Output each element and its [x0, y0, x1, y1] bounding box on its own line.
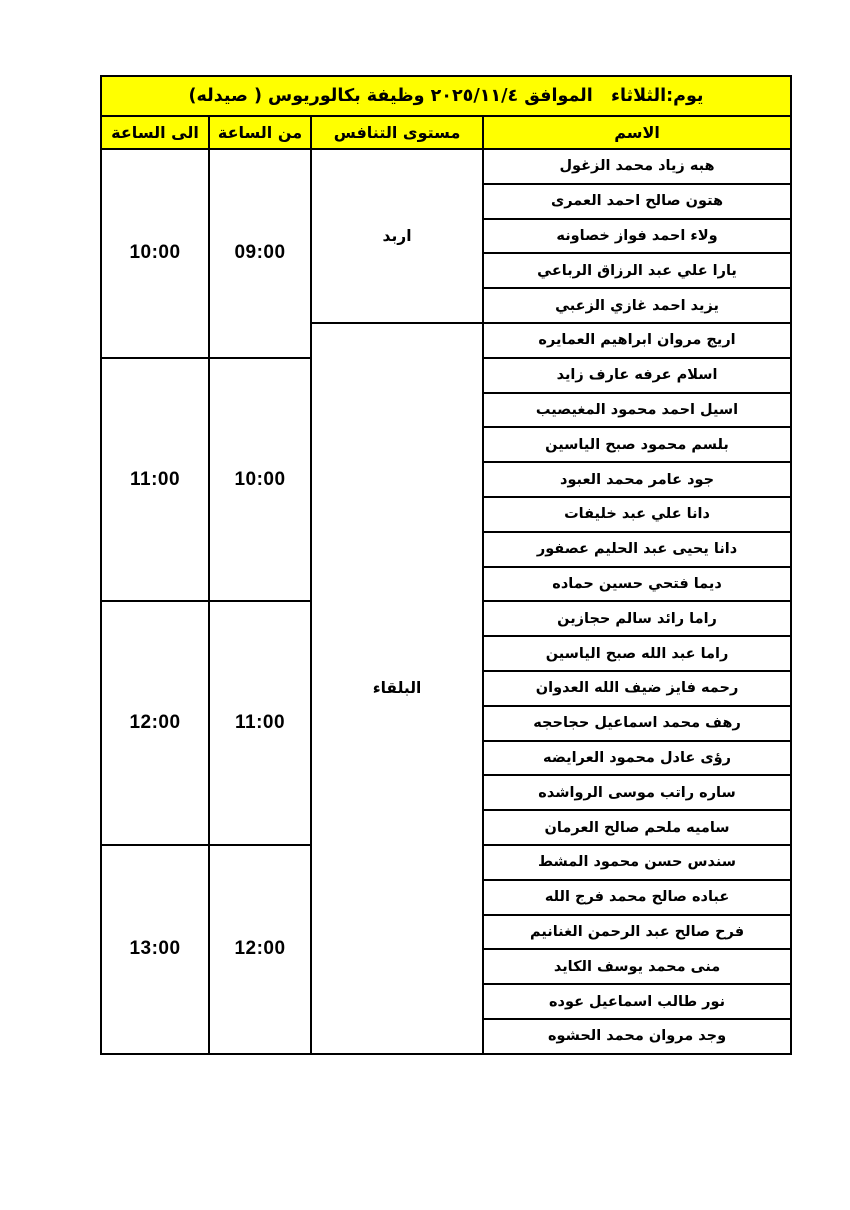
- applicant-name-cell: راما رائد سالم حجازين: [483, 601, 791, 636]
- applicant-name-cell: رحمه فايز ضيف الله العدوان: [483, 671, 791, 706]
- applicant-name-cell: فرح صالح عبد الرحمن الغنانيم: [483, 915, 791, 950]
- schedule-sheet: يوم:الثلاثاء الموافق ٢٠٢٥/١١/٤ وظيفة بكا…: [100, 75, 790, 1055]
- from-hour-cell: 11:00: [209, 601, 311, 845]
- applicant-name-cell: نور طالب اسماعيل عوده: [483, 984, 791, 1019]
- applicant-name-cell: يارا علي عبد الرزاق الرباعي: [483, 253, 791, 288]
- applicant-name-cell: رهف محمد اسماعيل حجاحجه: [483, 706, 791, 741]
- applicant-name-cell: جود عامر محمد العبود: [483, 462, 791, 497]
- applicant-name-cell: وجد مروان محمد الحشوه: [483, 1019, 791, 1054]
- applicant-name-cell: اريج مروان ابراهيم العمايره: [483, 323, 791, 358]
- from-hour-cell: 10:00: [209, 358, 311, 602]
- from-hour-cell: 09:00: [209, 149, 311, 358]
- applicant-name-cell: ولاء احمد فواز خصاونه: [483, 219, 791, 254]
- column-header-name: الاسم: [483, 116, 791, 149]
- to-hour-cell: 12:00: [101, 601, 209, 845]
- to-hour-cell: 11:00: [101, 358, 209, 602]
- applicant-name-cell: هبه زياد محمد الزغول: [483, 149, 791, 184]
- column-header-to-hour: الى الساعة: [101, 116, 209, 149]
- column-header-from-hour: من الساعة: [209, 116, 311, 149]
- column-header-row: الاسم مستوى التنافس من الساعة الى الساعة: [101, 116, 791, 149]
- applicant-name-cell: رؤى عادل محمود العرايضه: [483, 741, 791, 776]
- table-row: هبه زياد محمد الزغولاربد09:0010:00: [101, 149, 791, 184]
- to-hour-cell: 10:00: [101, 149, 209, 358]
- applicant-name-cell: ديما فتحي حسين حماده: [483, 567, 791, 602]
- applicant-name-cell: سندس حسن محمود المشط: [483, 845, 791, 880]
- applicant-name-cell: بلسم محمود صبح الياسين: [483, 427, 791, 462]
- applicant-name-cell: عباده صالح محمد فرج الله: [483, 880, 791, 915]
- applicant-name-cell: يزيد احمد غازي الزعبي: [483, 288, 791, 323]
- schedule-table: يوم:الثلاثاء الموافق ٢٠٢٥/١١/٤ وظيفة بكا…: [100, 75, 792, 1055]
- applicant-name-cell: هتون صالح احمد العمرى: [483, 184, 791, 219]
- to-hour-cell: 13:00: [101, 845, 209, 1054]
- applicant-name-cell: منى محمد يوسف الكايد: [483, 949, 791, 984]
- applicant-name-cell: دانا يحيى عبد الحليم عصفور: [483, 532, 791, 567]
- title-row: يوم:الثلاثاء الموافق ٢٠٢٥/١١/٤ وظيفة بكا…: [101, 76, 791, 116]
- column-header-competition-level: مستوى التنافس: [311, 116, 483, 149]
- table-title: يوم:الثلاثاء الموافق ٢٠٢٥/١١/٤ وظيفة بكا…: [101, 76, 791, 116]
- applicant-name-cell: ساميه ملحم صالح العرمان: [483, 810, 791, 845]
- competition-level-cell: البلقاء: [311, 323, 483, 1054]
- applicant-name-cell: راما عبد الله صبح الياسين: [483, 636, 791, 671]
- applicant-name-cell: اسيل احمد محمود المغيصيب: [483, 393, 791, 428]
- from-hour-cell: 12:00: [209, 845, 311, 1054]
- applicant-name-cell: ساره راتب موسى الرواشده: [483, 775, 791, 810]
- applicant-name-cell: دانا علي عبد خليفات: [483, 497, 791, 532]
- applicant-name-cell: اسلام عرفه عارف زايد: [483, 358, 791, 393]
- competition-level-cell: اربد: [311, 149, 483, 323]
- document-page: يوم:الثلاثاء الموافق ٢٠٢٥/١١/٤ وظيفة بكا…: [0, 0, 850, 1210]
- table-body: هبه زياد محمد الزغولاربد09:0010:00هتون ص…: [101, 149, 791, 1054]
